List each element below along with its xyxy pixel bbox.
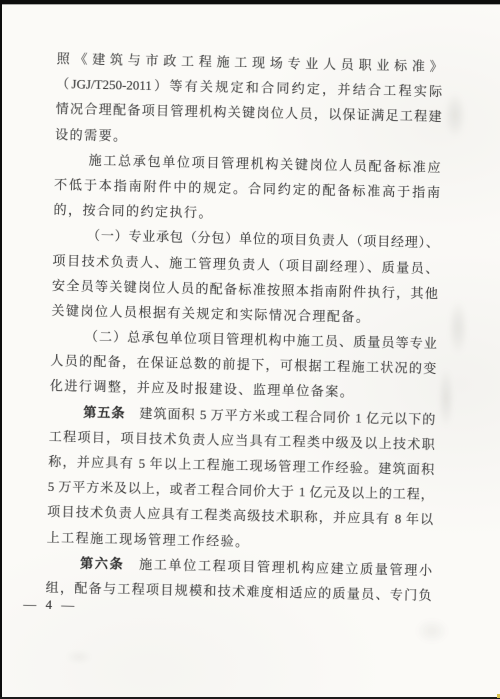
- text-segment: 项目技术负责人、施工管理负责人（项目副经理）、质量员、: [52, 252, 438, 275]
- text-segment: 不低于本指南附件中的规定。合同约定的配备标准高于指南: [54, 177, 440, 200]
- scan-smudge: [438, 368, 454, 428]
- text-segment: 5 万平方米及以上，或者工程合同价大于 1 亿元及以上的工程，: [48, 479, 434, 502]
- text-segment: （JGJ/T250-2011）等有关规定和合同约定，并结合工程实际: [56, 76, 442, 99]
- text-segment: 上工程施工现场管理工作经验。: [47, 529, 250, 548]
- text-segment: 人员的配备，在保证总数的前提下，可根据工程施工状况的变: [50, 353, 436, 376]
- text-segment: 关键岗位人员根据有关规定和实际情况合理配备。: [51, 303, 370, 325]
- scanned-document-page: 照《建筑与市政工程施工现场专业人员职业标准》（JGJ/T250-2011）等有关…: [0, 0, 500, 699]
- document-text-block: 照《建筑与市政工程施工现场专业人员职业标准》（JGJ/T250-2011）等有关…: [45, 46, 443, 621]
- scan-smudge: [415, 618, 449, 644]
- text-segment: 情况合理配备项目管理机构关键岗位人员，以保证满足工程建: [56, 101, 442, 124]
- article-heading: 第六条: [80, 555, 125, 571]
- text-segment: 项目技术负责人应具有工程类高级技术职称，并应具有 8 年以: [47, 504, 433, 527]
- text-segment: （二）总承包单位项目管理机构中施工员、质量员等专业: [85, 329, 437, 351]
- scan-smudge: [444, 92, 466, 138]
- scan-smudge: [448, 300, 468, 355]
- scan-smudge: [66, 650, 92, 664]
- text-segment: 称，并应具有 5 年以上工程施工现场管理工作经验。建筑面积: [48, 454, 434, 477]
- scan-artifact-left-edge: [0, 0, 2, 699]
- text-segment: 组，配备与工程项目规模和技术难度相适应的质量员、专门负: [46, 580, 432, 603]
- text-segment: 工程项目，项目技术负责人应当具有工程类中级及以上技术职: [49, 429, 435, 452]
- scan-artifact-top-edge: [0, 0, 500, 4]
- text-segment: 施工单位工程项目管理机构应建立质量管理小: [124, 556, 432, 577]
- article-heading: 第五条: [83, 404, 125, 420]
- text-segment: 化进行调整，并应及时报建设、监理单位备案。: [50, 378, 355, 399]
- text-segment: 设的需要。: [55, 127, 128, 144]
- text-segment: 施工总承包单位项目管理机构关键岗位人员配备标准应: [88, 152, 440, 174]
- text-segment: 建筑面积 5 万平方米或工程合同价 1 亿元以下的: [125, 405, 435, 426]
- text-segment: 照《建筑与市政工程施工现场专业人员职业标准》: [57, 51, 443, 74]
- document-lines: 照《建筑与市政工程施工现场专业人员职业标准》（JGJ/T250-2011）等有关…: [45, 46, 443, 608]
- text-segment: 安全员等关键岗位人员的配备标准按照本指南附件执行，其他: [52, 278, 438, 301]
- text-segment: （一）专业承包（分包）单位的项目负责人（项目经理）、: [87, 228, 439, 250]
- text-segment: 的，按合同的约定执行。: [53, 202, 213, 220]
